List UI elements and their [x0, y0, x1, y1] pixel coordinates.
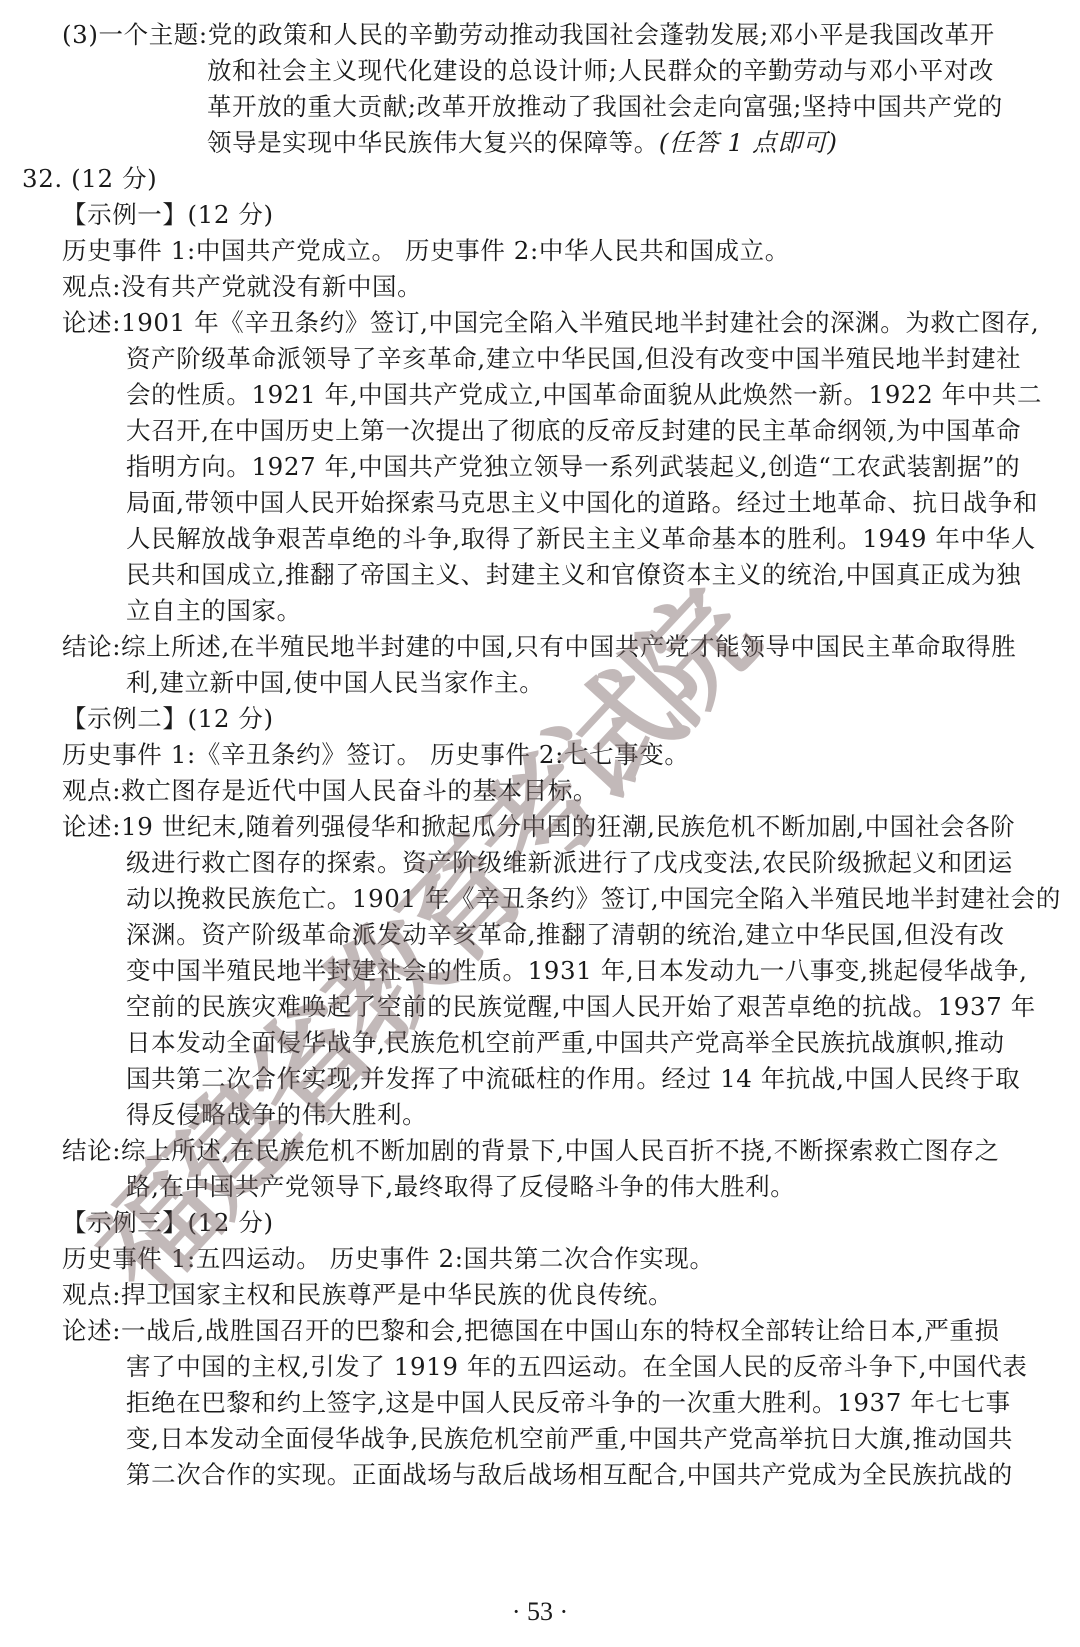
example-1-argument-line: 大召开,在中国历史上第一次提出了彻底的反帝反封建的民主革命纲领,为中国革命 — [126, 416, 1021, 446]
example-2-argument-line: 动以挽救民族危亡。1901 年《辛丑条约》签订,中国完全陷入半殖民地半封建社会的 — [126, 884, 1061, 914]
example-2-argument-line: 变中国半殖民地半封建社会的性质。1931 年,日本发动九一八事变,挑起侵华战争, — [126, 956, 1028, 986]
example-3-argument-line: 第二次合作的实现。正面战场与敌后战场相互配合,中国共产党成为全民族抗战的 — [126, 1460, 1013, 1490]
example-1-argument-line: 指明方向。1927 年,中国共产党独立领导一系列武装起义,创造“工农武装割据”的 — [126, 452, 1020, 482]
answer-note: (任答 1 点即可) — [659, 128, 838, 157]
example-1-argument-line: 立自主的国家。 — [126, 596, 302, 626]
example-2-title: 【示例二】(12 分) — [62, 704, 274, 734]
example-1-argument-line: 民共和国成立,推翻了帝国主义、封建主义和官僚资本主义的统治,中国真正成为独 — [126, 560, 1021, 590]
example-1-argument-line: 资产阶级革命派领导了辛亥革命,建立中华民国,但没有改变中国半殖民地半封建社 — [126, 344, 1021, 374]
example-2-argument-line: 日本发动全面侵华战争,民族危机空前严重,中国共产党高举全民族抗战旗帜,推动 — [126, 1028, 1005, 1058]
document-page: (3)一个主题:党的政策和人民的辛勤劳动推动我国社会蓬勃发展;邓小平是我国改革开… — [0, 0, 1080, 1647]
example-1-argument-line: 局面,带领中国人民开始探索马克思主义中国化的道路。经过土地革命、抗日战争和 — [126, 488, 1038, 518]
example-3-argument-line: 变,日本发动全面侵华战争,民族危机空前严重,中国共产党高举抗日大旗,推动国共 — [126, 1424, 1013, 1454]
example-1-argument-line: 会的性质。1921 年,中国共产党成立,中国革命面貌从此焕然一新。1922 年中… — [126, 380, 1042, 410]
example-2-argument-line: 论述:19 世纪末,随着列强侵华和掀起瓜分中国的狂潮,民族危机不断加剧,中国社会… — [62, 812, 1015, 842]
example-1-argument-line: 论述:1901 年《辛丑条约》签订,中国完全陷入半殖民地半封建社会的深渊。为救亡… — [62, 308, 1039, 338]
example-1-events: 历史事件 1:中国共产党成立。 历史事件 2:中华人民共和国成立。 — [62, 236, 790, 266]
example-2-argument-line: 深渊。资产阶级革命派发动辛亥革命,推翻了清朝的统治,建立中华民国,但没有改 — [126, 920, 1005, 950]
example-1-title: 【示例一】(12 分) — [62, 200, 274, 230]
item31-part3-line-1: (3)一个主题:党的政策和人民的辛勤劳动推动我国社会蓬勃发展;邓小平是我国改革开 — [62, 20, 995, 50]
example-2-conclusion-line: 路,在中国共产党领导下,最终取得了反侵略斗争的伟大胜利。 — [126, 1172, 795, 1202]
example-3-viewpoint: 观点:捍卫国家主权和民族尊严是中华民族的优良传统。 — [62, 1280, 673, 1310]
example-2-argument-line: 国共第二次合作实现,并发挥了中流砥柱的作用。经过 14 年抗战,中国人民终于取 — [126, 1064, 1020, 1094]
example-1-argument-line: 人民解放战争艰苦卓绝的斗争,取得了新民主主义革命基本的胜利。1949 年中华人 — [126, 524, 1036, 554]
item31-part3-line-3: 革开放的重大贡献;改革开放推动了我国社会走向富强;坚持中国共产党的 — [207, 92, 1003, 122]
page-number: · 53 · — [0, 1597, 1080, 1627]
example-3-argument-line: 论述:一战后,战胜国召开的巴黎和会,把德国在中国山东的特权全部转让给日本,严重损 — [62, 1316, 1000, 1346]
example-1-conclusion-line: 结论:综上所述,在半殖民地半封建的中国,只有中国共产党才能领导中国民主革命取得胜 — [62, 632, 1016, 662]
example-3-argument-line: 拒绝在巴黎和约上签字,这是中国人民反帝斗争的一次重大胜利。1937 年七七事 — [126, 1388, 1011, 1418]
example-2-events: 历史事件 1:《辛丑条约》签订。 历史事件 2:七七事变。 — [62, 740, 689, 770]
example-3-events: 历史事件 1:五四运动。 历史事件 2:国共第二次合作实现。 — [62, 1244, 715, 1274]
example-1-conclusion-line: 利,建立新中国,使中国人民当家作主。 — [126, 668, 544, 698]
question-32-heading: 32. (12 分) — [22, 164, 157, 194]
example-2-argument-line: 空前的民族灾难唤起了空前的民族觉醒,中国人民开始了艰苦卓绝的抗战。1937 年 — [126, 992, 1036, 1022]
item31-part3-line-4: 领导是实现中华民族伟大复兴的保障等。(任答 1 点即可) — [207, 128, 838, 158]
example-3-title: 【示例三】(12 分) — [62, 1208, 274, 1238]
example-2-argument-line: 级进行救亡图存的探索。资产阶级维新派进行了戊戌变法,农民阶级掀起义和团运 — [126, 848, 1013, 878]
example-2-argument-line: 得反侵略战争的伟大胜利。 — [126, 1100, 427, 1130]
example-3-argument-line: 害了中国的主权,引发了 1919 年的五四运动。在全国人民的反帝斗争下,中国代表 — [126, 1352, 1028, 1382]
example-2-viewpoint: 观点:救亡图存是近代中国人民奋斗的基本目标。 — [62, 776, 598, 806]
example-2-conclusion-line: 结论:综上所述,在民族危机不断加剧的背景下,中国人民百折不挠,不断探索救亡图存之 — [62, 1136, 1000, 1166]
item31-part3-line-4-text: 领导是实现中华民族伟大复兴的保障等。 — [207, 128, 659, 157]
example-1-viewpoint: 观点:没有共产党就没有新中国。 — [62, 272, 422, 302]
item31-part3-line-2: 放和社会主义现代化建设的总设计师;人民群众的辛勤劳动与邓小平对改 — [207, 56, 994, 86]
